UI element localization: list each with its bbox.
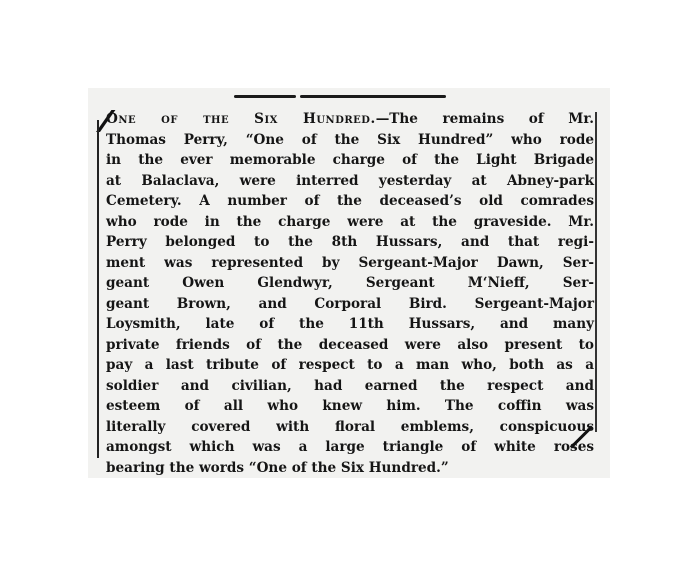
article-line: Loysmith, late of the 11th Hussars, and … xyxy=(106,314,594,335)
article-headline: One of the Six Hundred. xyxy=(106,111,376,127)
article-line: pay a last tribute of respect to a man w… xyxy=(106,355,594,376)
article-line: geant Brown, and Corporal Bird. Sergeant… xyxy=(106,294,594,315)
article-line: Cemetery. A number of the deceased’s old… xyxy=(106,191,594,212)
top-rule-ornament xyxy=(300,95,446,98)
article-line: Thomas Perry, “One of the Six Hundred” w… xyxy=(106,130,594,151)
article-line: esteem of all who knew him. The coffin w… xyxy=(106,396,594,417)
top-rule-ornament xyxy=(234,95,296,98)
article-line: who rode in the charge were at the grave… xyxy=(106,212,594,233)
margin-line-right xyxy=(595,112,597,432)
article-body: One of the Six Hundred.—The remains of M… xyxy=(106,109,594,478)
article-line: literally covered with floral emblems, c… xyxy=(106,417,594,438)
margin-line-left xyxy=(97,120,99,458)
article-line: bearing the words “One of the Six Hundre… xyxy=(106,458,594,479)
article-line: geant Owen Glendwyr, Sergeant M‘Nieff, S… xyxy=(106,273,594,294)
article-line: amongst which was a large triangle of wh… xyxy=(106,437,594,458)
article-line: ment was represented by Sergeant-Major D… xyxy=(106,253,594,274)
article-line: soldier and civilian, had earned the res… xyxy=(106,376,594,397)
article-line: at Balaclava, were interred yesterday at… xyxy=(106,171,594,192)
article-line: One of the Six Hundred.—The remains of M… xyxy=(106,109,594,130)
article-line: private friends of the deceased were als… xyxy=(106,335,594,356)
article-line: Perry belonged to the 8th Hussars, and t… xyxy=(106,232,594,253)
article-line: in the ever memorable charge of the Ligh… xyxy=(106,150,594,171)
newspaper-clipping: One of the Six Hundred.—The remains of M… xyxy=(88,88,610,478)
